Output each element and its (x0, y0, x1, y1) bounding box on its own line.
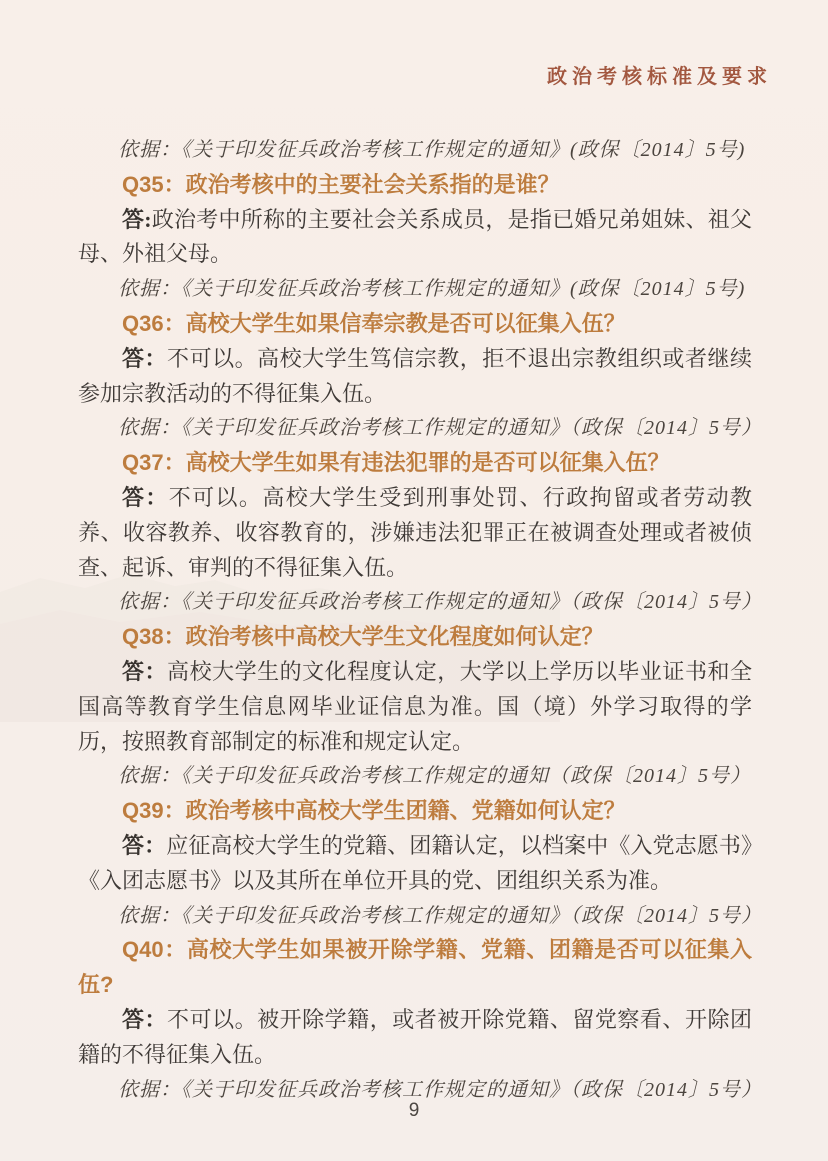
qa-item-q36: Q36：高校大学生如果信奉宗教是否可以征集入伍？ 答：不可以。高校大学生笃信宗教… (78, 307, 752, 446)
question-heading: Q39：政治考核中高校大学生团籍、党籍如何认定？ (78, 794, 752, 829)
answer-paragraph: 答：不可以。高校大学生笃信宗教，拒不退出宗教组织或者继续参加宗教活动的不得征集入… (78, 342, 752, 412)
citation: 依据：《关于印发征兵政治考核工作规定的通知》（政保〔2014〕5号） (78, 899, 752, 934)
citation: 依据：《关于印发征兵政治考核工作规定的通知》（政保〔2014〕5号） (78, 585, 752, 620)
qa-item-q35: Q35：政治考核中的主要社会关系指的是谁？ 答:政治考中所称的主要社会关系成员，… (78, 168, 752, 307)
answer-text: 不可以。被开除学籍，或者被开除党籍、留党察看、开除团籍的不得征集入伍。 (78, 1007, 752, 1067)
answer-label: 答: (122, 207, 152, 232)
answer-paragraph: 答:政治考中所称的主要社会关系成员，是指已婚兄弟姐妹、祖父母、外祖父母。 (78, 203, 752, 273)
answer-paragraph: 答：不可以。高校大学生受到刑事处罚、行政拘留或者劳动教养、收容教养、收容教育的，… (78, 481, 752, 585)
answer-label: 答： (122, 659, 167, 684)
answer-text: 应征高校大学生的党籍、团籍认定，以档案中《入党志愿书》《入团志愿书》以及其所在单… (78, 833, 752, 893)
question-heading: Q40：高校大学生如果被开除学籍、党籍、团籍是否可以征集入伍? (78, 933, 752, 1003)
answer-paragraph: 答：高校大学生的文化程度认定，大学以上学历以毕业证书和全国高等教育学生信息网毕业… (78, 655, 752, 759)
citation: 依据：《关于印发征兵政治考核工作规定的通知》（政保〔2014〕5号） (78, 411, 752, 446)
qa-item-q40: Q40：高校大学生如果被开除学籍、党籍、团籍是否可以征集入伍? 答：不可以。被开… (78, 933, 752, 1107)
citation: 依据：《关于印发征兵政治考核工作规定的通知》(政保〔2014〕5号) (78, 133, 752, 168)
qa-item-q38: Q38：政治考核中高校大学生文化程度如何认定？ 答：高校大学生的文化程度认定，大… (78, 620, 752, 794)
answer-paragraph: 答：应征高校大学生的党籍、团籍认定，以档案中《入党志愿书》《入团志愿书》以及其所… (78, 829, 752, 899)
question-heading: Q37：高校大学生如果有违法犯罪的是否可以征集入伍？ (78, 446, 752, 481)
answer-text: 高校大学生的文化程度认定，大学以上学历以毕业证书和全国高等教育学生信息网毕业证信… (78, 659, 752, 754)
question-heading: Q35：政治考核中的主要社会关系指的是谁？ (78, 168, 752, 203)
qa-item-q39: Q39：政治考核中高校大学生团籍、党籍如何认定？ 答：应征高校大学生的党籍、团籍… (78, 794, 752, 933)
answer-label: 答： (122, 346, 167, 371)
answer-text: 不可以。高校大学生受到刑事处罚、行政拘留或者劳动教养、收容教养、收容教育的，涉嫌… (78, 485, 752, 580)
qa-item-q37: Q37：高校大学生如果有违法犯罪的是否可以征集入伍？ 答：不可以。高校大学生受到… (78, 446, 752, 620)
answer-label: 答： (122, 1007, 167, 1032)
answer-label: 答： (122, 485, 169, 510)
citation: 依据：《关于印发征兵政治考核工作规定的通知》(政保〔2014〕5号) (78, 272, 752, 307)
document-body: 依据：《关于印发征兵政治考核工作规定的通知》(政保〔2014〕5号) Q35：政… (78, 133, 752, 1107)
citation: 依据：《关于印发征兵政治考核工作规定的通知（政保〔2014〕5号） (78, 759, 752, 794)
question-heading: Q36：高校大学生如果信奉宗教是否可以征集入伍？ (78, 307, 752, 342)
answer-text: 政治考中所称的主要社会关系成员，是指已婚兄弟姐妹、祖父母、外祖父母。 (78, 207, 752, 267)
document-page: 政治考核标准及要求 依据：《关于印发征兵政治考核工作规定的通知》(政保〔2014… (0, 0, 828, 1161)
question-heading: Q38：政治考核中高校大学生文化程度如何认定？ (78, 620, 752, 655)
answer-paragraph: 答：不可以。被开除学籍，或者被开除党籍、留党察看、开除团籍的不得征集入伍。 (78, 1003, 752, 1073)
answer-text: 不可以。高校大学生笃信宗教，拒不退出宗教组织或者继续参加宗教活动的不得征集入伍。 (78, 346, 752, 406)
page-number: 9 (0, 1100, 828, 1122)
answer-label: 答： (122, 833, 166, 858)
page-header-title: 政治考核标准及要求 (547, 60, 772, 89)
